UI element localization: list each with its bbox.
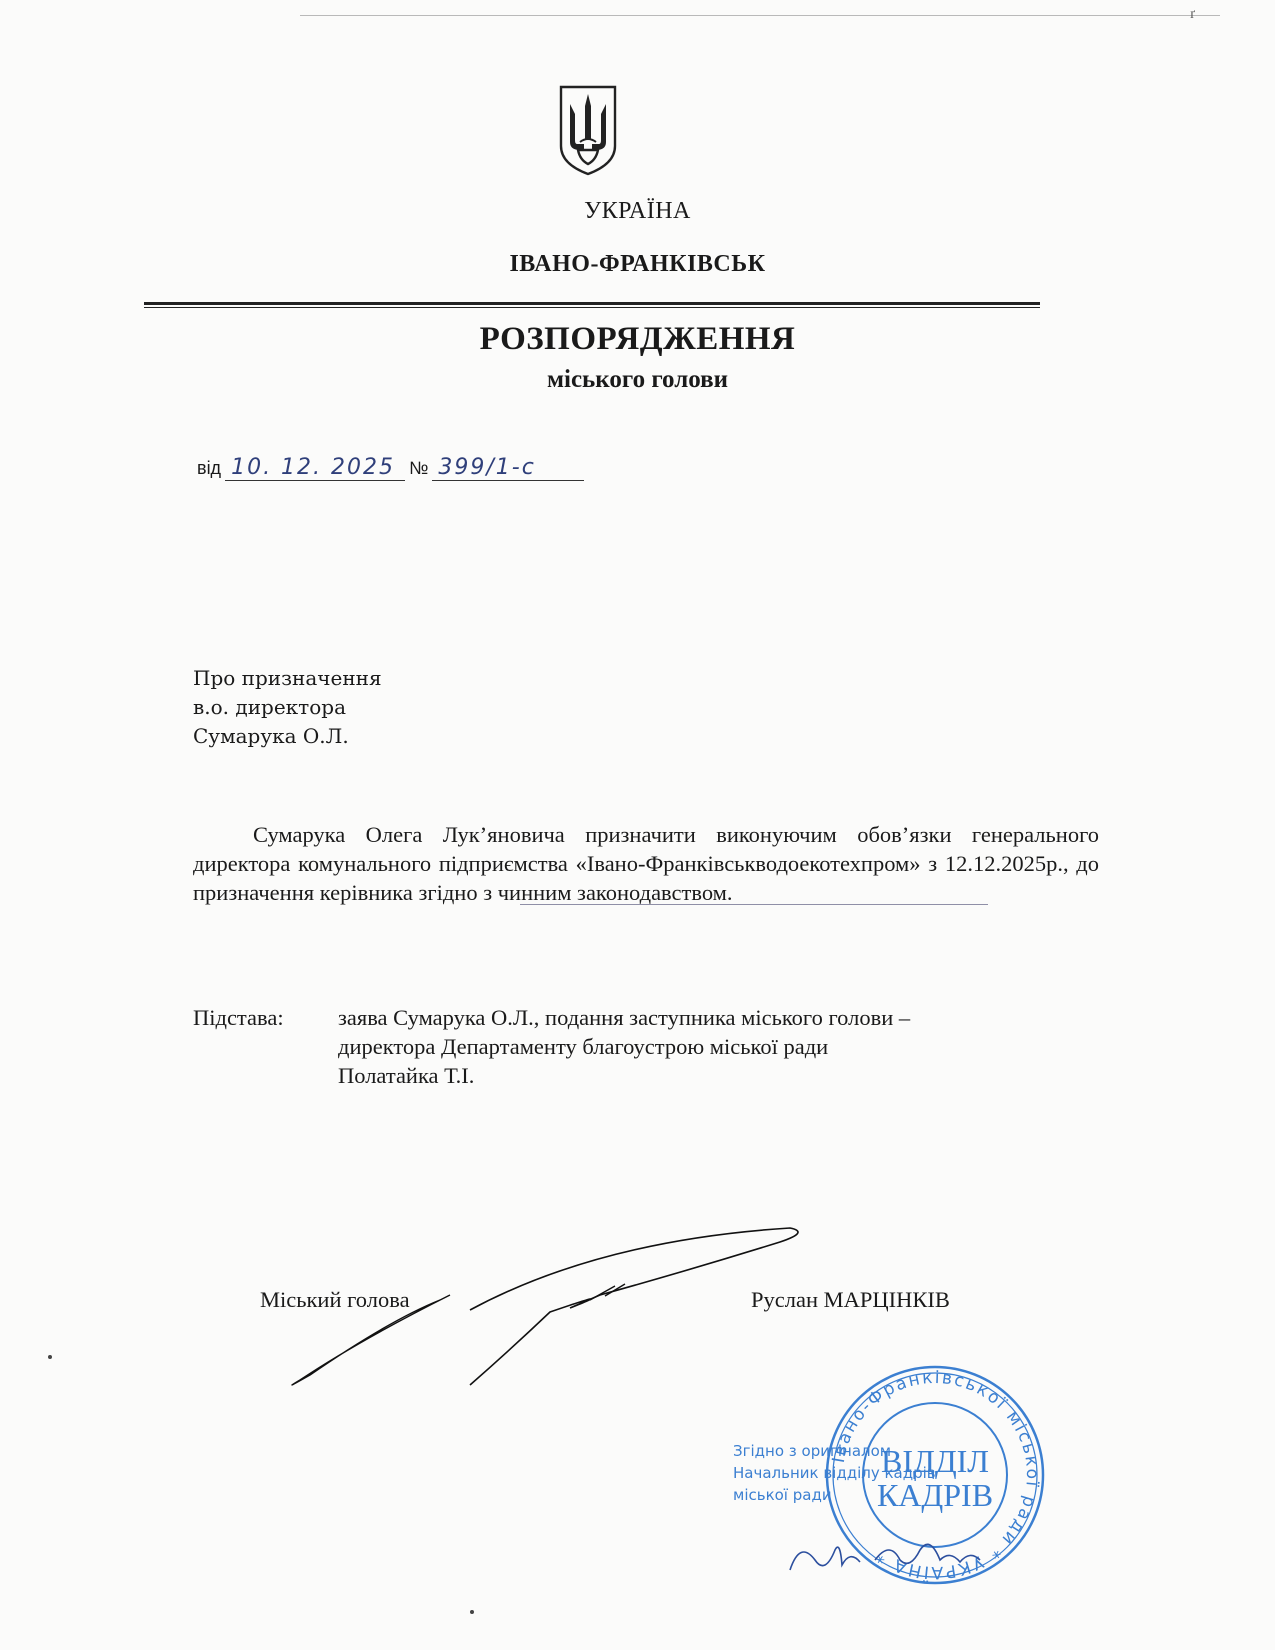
header-divider-thin [144, 307, 1040, 308]
trident-coat-of-arms-icon [558, 84, 618, 176]
signatory-title: Міський голова [260, 1287, 410, 1313]
scan-mark: ґ [1190, 7, 1195, 23]
basis-line: директора Департаменту благоустрою міськ… [338, 1032, 910, 1061]
document-meta: від 10. 12. 2025 № 399/1-с [193, 455, 584, 481]
subject-line: Про призначення [193, 664, 382, 693]
date-value: 10. 12. 2025 [225, 455, 405, 481]
pen-underline [520, 904, 988, 905]
number-label: № [409, 458, 428, 479]
subject-line: в.о. директора [193, 693, 382, 722]
basis-label: Підстава: [193, 1003, 338, 1090]
basis-block: Підстава: заява Сумарука О.Л., подання з… [193, 1003, 910, 1090]
subject-line: Сумарука О.Л. [193, 722, 382, 751]
document-subtype: міського голови [0, 366, 1275, 394]
basis-line: Полатайка Т.І. [338, 1061, 910, 1090]
city-name: ІВАНО-ФРАНКІВСЬК [0, 251, 1275, 278]
order-body: Сумарука Олега Лук’яновича призначити ви… [193, 820, 1099, 907]
cert-line: міської ради [733, 1484, 936, 1506]
subject-block: Про призначення в.о. директора Сумарука … [193, 664, 382, 751]
cert-line: Згідно з оригіналом [733, 1440, 936, 1462]
signatory-name: Руслан МАРЦІНКІВ [751, 1287, 950, 1313]
country-name: УКРАЇНА [0, 198, 1275, 225]
certification-note: Згідно з оригіналом Начальник відділу ка… [733, 1440, 936, 1506]
basis-line: заява Сумарука О.Л., подання заступника … [338, 1003, 910, 1032]
basis-text: заява Сумарука О.Л., подання заступника … [338, 1003, 910, 1090]
scan-speck [470, 1610, 474, 1614]
header-divider-thick [144, 302, 1040, 305]
scan-edge-line [300, 15, 1220, 16]
cert-line: Начальник відділу кадрів [733, 1462, 936, 1484]
certifier-signature [780, 1520, 1010, 1580]
document-type: РОЗПОРЯДЖЕННЯ [0, 321, 1275, 358]
document-number: 399/1-с [432, 455, 584, 481]
scan-speck [48, 1355, 52, 1359]
order-paragraph: Сумарука Олега Лук’яновича призначити ви… [193, 820, 1099, 907]
date-label: від [197, 458, 221, 479]
document-page: ґ УКРАЇНА ІВАНО-ФРАНКІВСЬК РОЗПОРЯДЖЕННЯ… [0, 0, 1275, 1650]
